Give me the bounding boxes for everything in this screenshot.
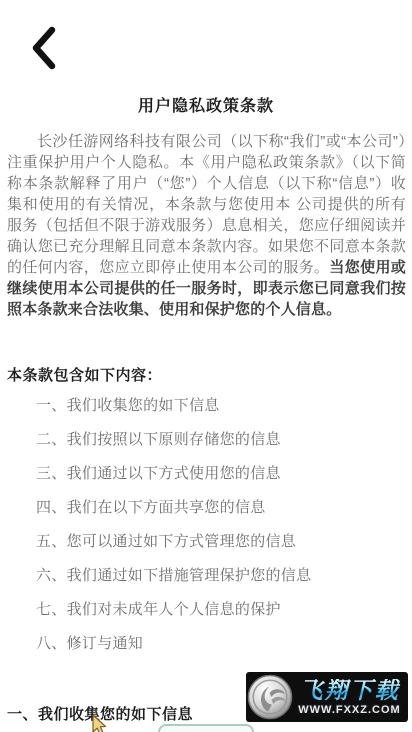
toc-item-1: 一、我们收集您的如下信息	[36, 389, 311, 423]
toc-item-6: 六、我们通过如下措施管理保护您的信息	[36, 559, 311, 593]
toc-item-3: 三、我们通过以下方式使用您的信息	[36, 457, 311, 491]
toc-item-8: 八、修订与通知	[36, 627, 311, 661]
back-button[interactable]	[26, 24, 62, 74]
policy-intro-normal-text: 长沙任游网络科技有限公司（以下称“我们”或“本公司”）注重保护用户个人隐私。本《…	[7, 133, 406, 276]
toc-list: 一、我们收集您的如下信息 二、我们按照以下原则存储您的信息 三、我们通过以下方式…	[36, 389, 311, 661]
section1-heading: 一、我们收集您的如下信息	[7, 703, 193, 724]
page-title: 用户隐私政策条款	[0, 93, 412, 116]
toc-heading: 本条款包含如下内容：	[7, 364, 162, 385]
toc-item-5: 五、您可以通过如下方式管理您的信息	[36, 525, 311, 559]
toc-item-2: 二、我们按照以下原则存储您的信息	[36, 423, 311, 457]
watermark-text-block: 飞翔下载 WWW.FXXZ.COM	[293, 679, 408, 716]
toc-item-7: 七、我们对未成年人个人信息的保护	[36, 593, 311, 627]
watermark-badge: 飞翔下载 WWW.FXXZ.COM	[246, 672, 408, 722]
toc-item-4: 四、我们在以下方面共享您的信息	[36, 491, 311, 525]
chevron-left-icon	[31, 25, 57, 74]
fxxz-logo-icon	[247, 674, 293, 720]
bottom-partial-button[interactable]	[158, 724, 254, 732]
watermark-site-name: 飞翔下载	[293, 679, 406, 702]
policy-intro-paragraph: 长沙任游网络科技有限公司（以下称“我们”或“本公司”）注重保护用户个人隐私。本《…	[7, 131, 406, 320]
privacy-policy-screen: 用户隐私政策条款 长沙任游网络科技有限公司（以下称“我们”或“本公司”）注重保护…	[0, 0, 412, 732]
watermark-site-url: WWW.FXXZ.COM	[293, 705, 406, 716]
